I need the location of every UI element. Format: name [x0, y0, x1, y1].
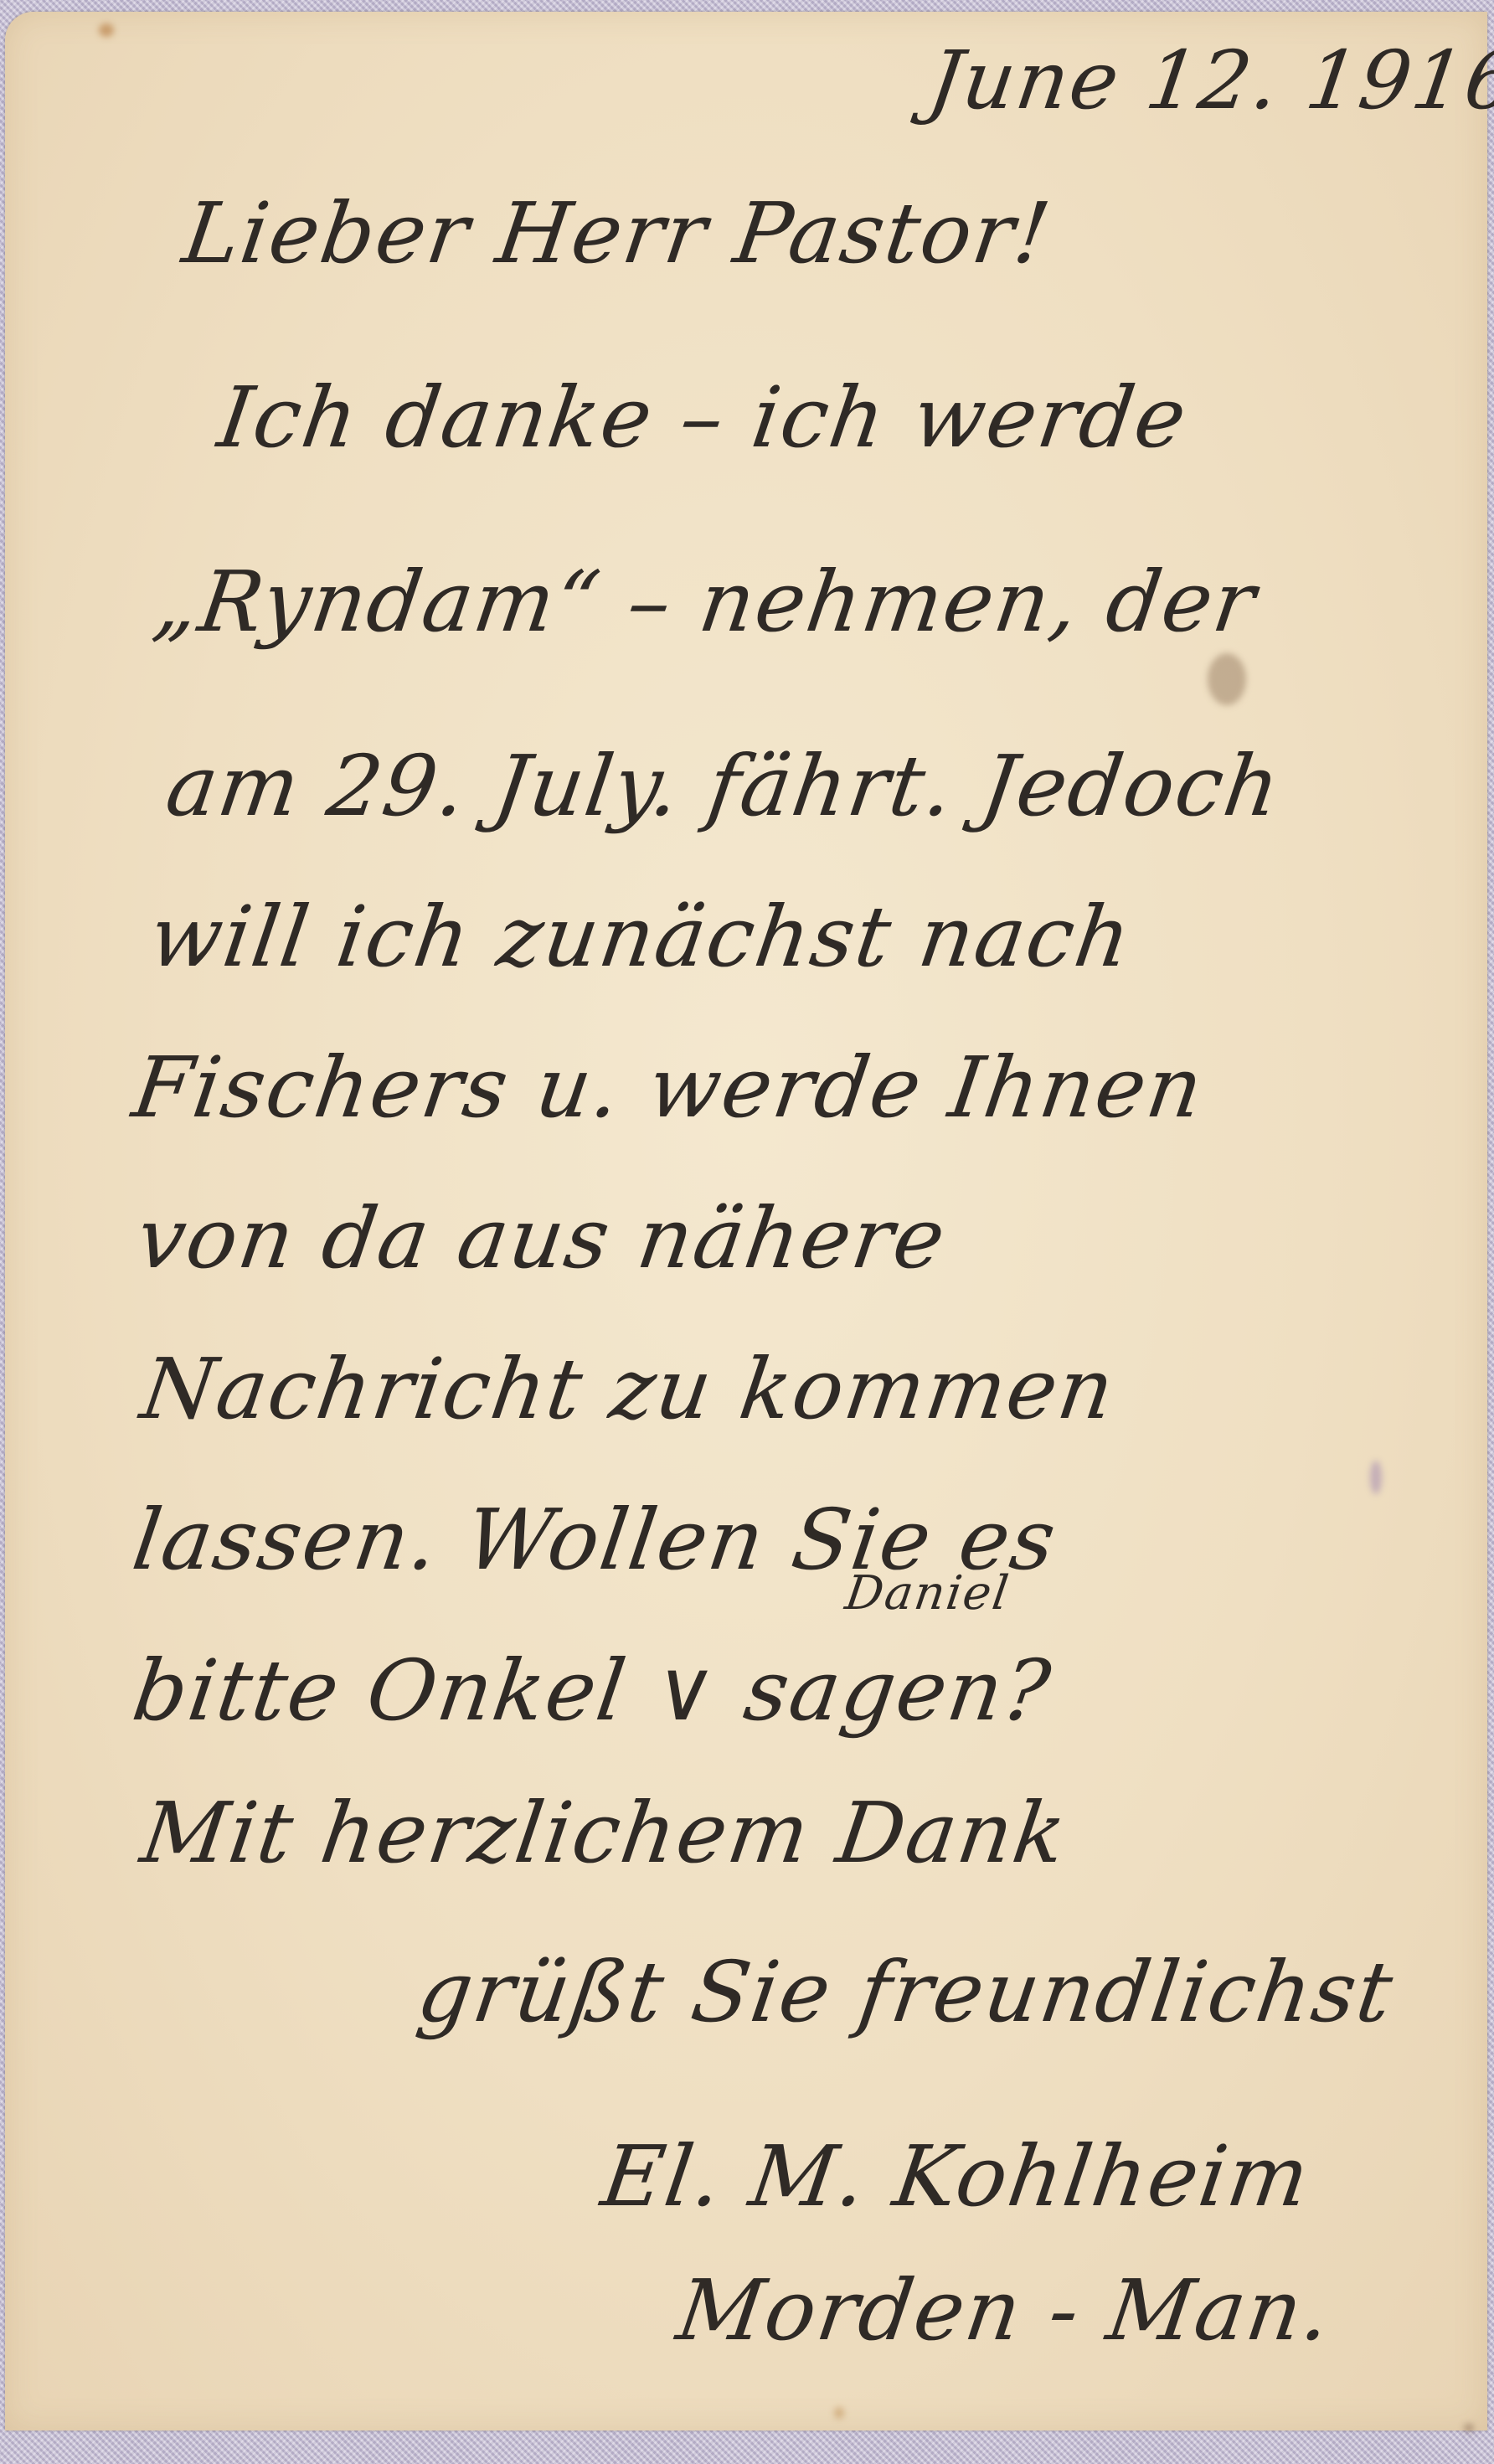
paper-stain	[1464, 2424, 1474, 2432]
letter-date: June 12. 1916	[923, 34, 1494, 127]
body-line: Mit herzlichem Dank	[136, 1784, 1074, 1882]
signature-place: Morden - Man.	[672, 2261, 1338, 2359]
body-line: Nachricht zu kommen	[136, 1340, 1121, 1438]
body-line: Ich danke – ich werde	[213, 369, 1193, 467]
paper-stain	[1208, 653, 1246, 705]
body-line: bitte Onkel ∨ sagen?	[127, 1642, 1058, 1740]
body-line: „Ryndam“ – nehmen, der	[148, 553, 1263, 651]
body-line: will ich zunächst nach	[144, 888, 1138, 986]
signature-name: El. M. Kohlheim	[596, 2127, 1316, 2225]
ink-smudge	[1370, 1461, 1382, 1494]
closing-phrase: grüßt Sie freundlichst	[412, 1943, 1400, 2041]
salutation: Lieber Herr Pastor!	[178, 184, 1058, 282]
body-line: von da aus nähere	[131, 1189, 952, 1287]
paper-stain	[99, 23, 114, 37]
interlinear-insertion: Daniel	[842, 1566, 1012, 1621]
paper-stain	[834, 2407, 844, 2419]
body-line: Fischers u. werde Ihnen	[127, 1039, 1210, 1137]
body-line: am 29. July. fährt. Jedoch	[161, 737, 1287, 835]
